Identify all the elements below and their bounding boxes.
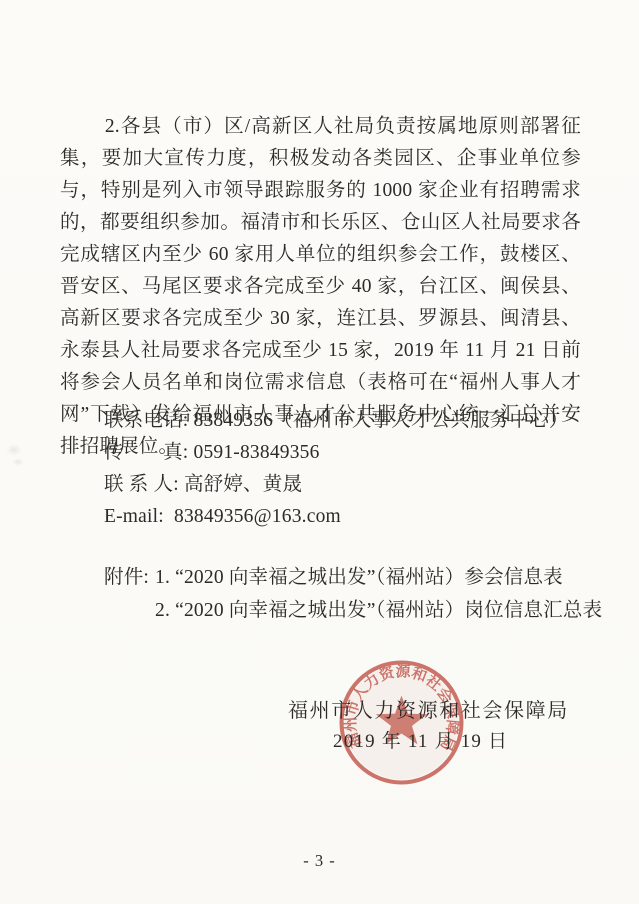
attachments-list: 1. “2020 向幸福之城出发”（福州站）参会信息表 2. “2020 向幸福… <box>155 561 602 627</box>
scan-artifact <box>6 444 22 456</box>
attachment-item: 2. “2020 向幸福之城出发”（福州站）岗位信息汇总表 <box>155 594 602 627</box>
contact-fax-line: 传 真: 0591-83849356 <box>104 437 569 469</box>
attachments-label: 附件: <box>104 561 149 627</box>
attachment-item: 1. “2020 向幸福之城出发”（福州站）参会信息表 <box>155 561 602 594</box>
contact-phone-line: 联系电话: 83849356（福州市人事人才公共服务中心） <box>104 405 569 437</box>
contact-person-line: 联 系 人: 高舒婷、黄晟 <box>104 469 569 501</box>
contact-block: 联系电话: 83849356（福州市人事人才公共服务中心） 传 真: 0591-… <box>104 405 569 533</box>
attachments-block: 附件: 1. “2020 向幸福之城出发”（福州站）参会信息表 2. “2020… <box>104 561 602 627</box>
document-page: 2.各县（市）区/高新区人社局负责按属地原则部署征集，要加大宣传力度，积极发动各… <box>0 0 639 904</box>
contact-email-line: E-mail: 83849356@163.com <box>104 501 569 533</box>
signature-date: 2019 年 11 月 19 日 <box>333 726 508 753</box>
page-number: - 3 - <box>0 851 639 871</box>
scan-artifact <box>12 458 24 466</box>
signature-agency: 福州市人力资源和社会保障局 <box>288 694 569 723</box>
